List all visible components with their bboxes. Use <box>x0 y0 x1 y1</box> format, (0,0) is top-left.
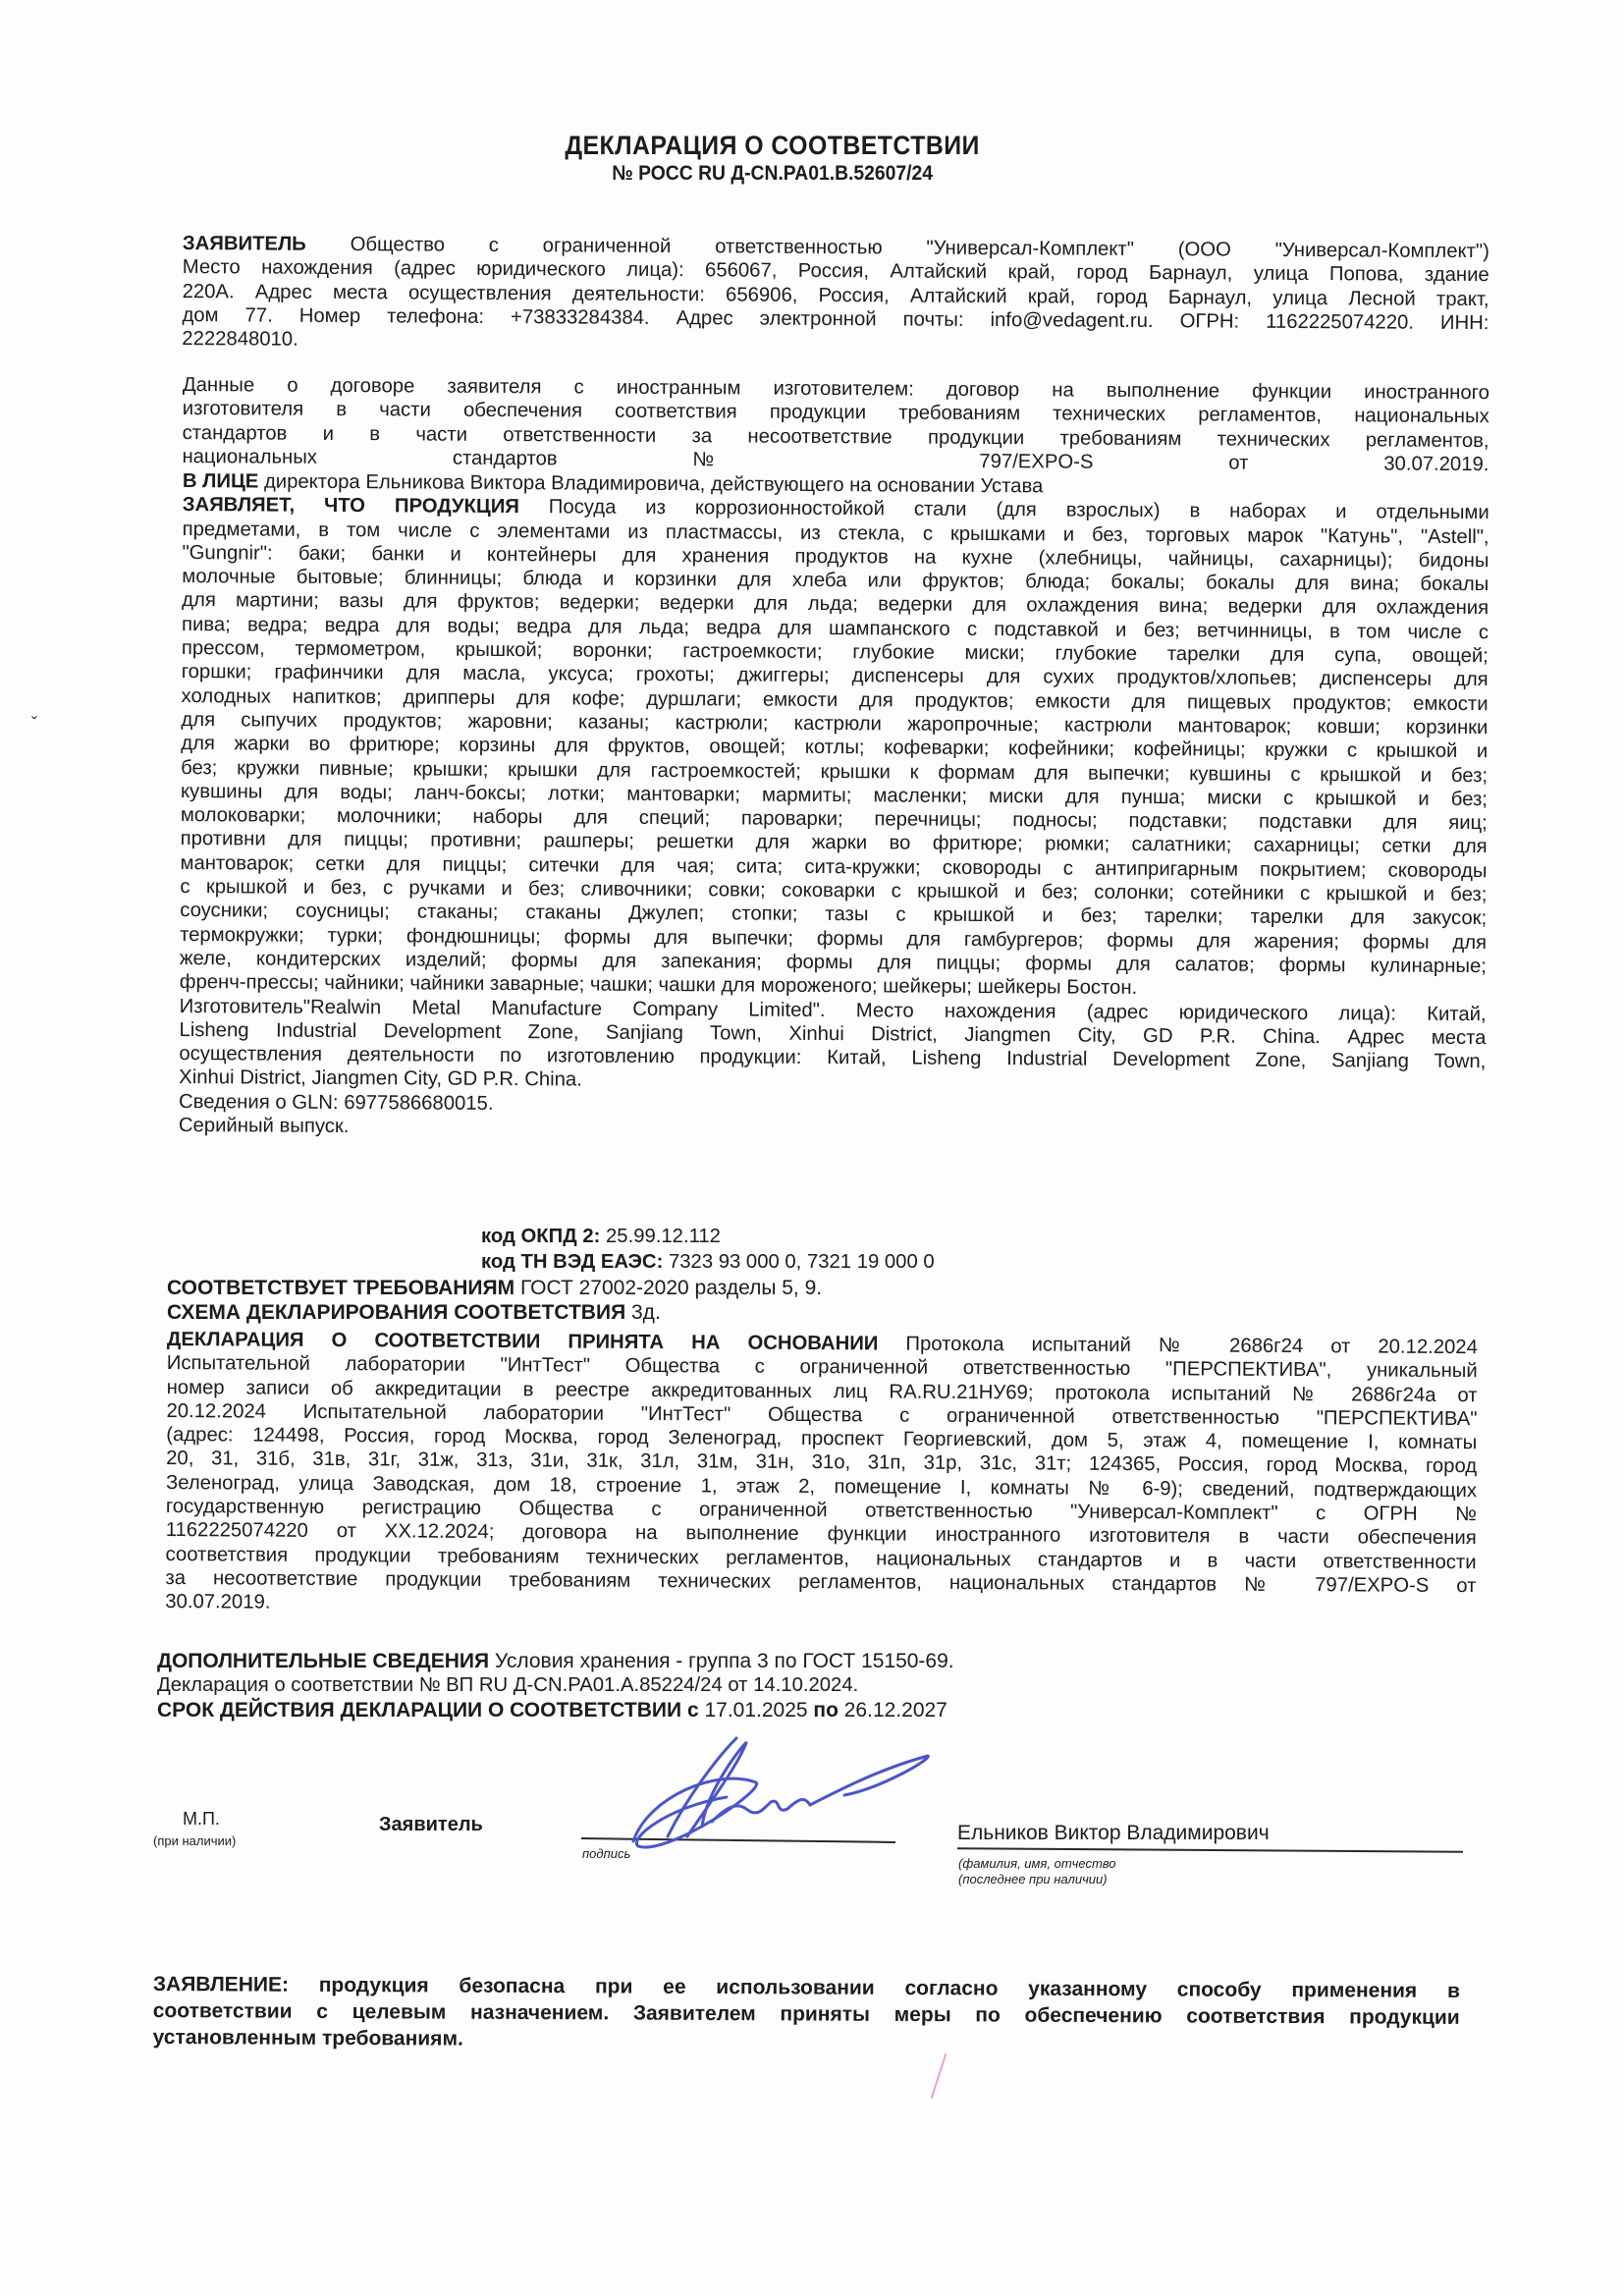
tnved-code: код ТН ВЭД ЕАЭС: 7323 93 000 0, 7321 19 … <box>481 1251 935 1274</box>
representative-label: В ЛИЦЕ <box>183 470 259 492</box>
validity-period: СРОК ДЕЙСТВИЯ ДЕКЛАРАЦИИ О СООТВЕТСТВИИ … <box>157 1699 947 1722</box>
product-section: В ЛИЦЕ директора Ельникова Виктора Влади… <box>179 469 1489 1145</box>
document-number: № РОСС RU Д-CN.PA01.В.52607/24 <box>0 162 1544 186</box>
additional-info: ДОПОЛНИТЕЛЬНЫЕ СВЕДЕНИЯ Условия хранения… <box>157 1650 954 1673</box>
contract-section: Данные о договоре заявителя с иностранны… <box>182 373 1489 476</box>
stamp-note: (при наличии) <box>153 1833 236 1848</box>
declaration-page: ДЕКЛАРАЦИЯ О СООТВЕТСТВИИ № РОСС RU Д-CN… <box>0 0 1624 2296</box>
product-label: ЗАЯВЛЯЕТ, ЧТО ПРОДУКЦИЯ <box>183 494 519 518</box>
signatory-name: Ельников Виктор Владимирович <box>957 1822 1270 1845</box>
signature-icon <box>609 1728 943 1866</box>
basis-label: ДЕКЛАРАЦИЯ О СООТВЕТСТВИИ ПРИНЯТА НА ОСН… <box>167 1329 879 1354</box>
pen-stroke-mark <box>931 2053 947 2099</box>
applicant-label: ЗАЯВИТЕЛЬ <box>183 233 306 255</box>
applicant-signature-label: Заявитель <box>379 1814 483 1836</box>
basis-section: ДЕКЛАРАЦИЯ О СООТВЕТСТВИИ ПРИНЯТА НА ОСН… <box>165 1328 1478 1622</box>
statement-label: ЗАЯВЛЕНИЕ: <box>153 1973 289 1996</box>
safety-statement: ЗАЯВЛЕНИЕ: продукция безопасна при ее ис… <box>153 1971 1460 2057</box>
scheme-line: СХЕМА ДЕКЛАРИРОВАНИЯ СООТВЕТСТВИЯ 3д. <box>167 1301 661 1325</box>
applicant-section: ЗАЯВИТЕЛЬ Общество с ограниченной ответс… <box>182 232 1489 359</box>
stamp-label: М.П. <box>183 1809 220 1830</box>
okpd-code: код ОКПД 2: 25.99.12.112 <box>481 1226 721 1248</box>
previous-declaration: Декларация о соответствии № ВП RU Д-CN.P… <box>157 1674 858 1697</box>
name-caption-2: (последнее при наличии) <box>958 1872 1108 1886</box>
scan-mark-icon: ˇ <box>31 714 37 735</box>
conforms-line: СООТВЕТСТВУЕТ ТРЕБОВАНИЯМ ГОСТ 27002-202… <box>167 1277 822 1300</box>
name-caption-1: (фамилия, имя, отчество <box>958 1856 1116 1871</box>
name-line <box>957 1847 1463 1853</box>
document-title: ДЕКЛАРАЦИЯ О СООТВЕТСТВИИ <box>0 131 1544 161</box>
